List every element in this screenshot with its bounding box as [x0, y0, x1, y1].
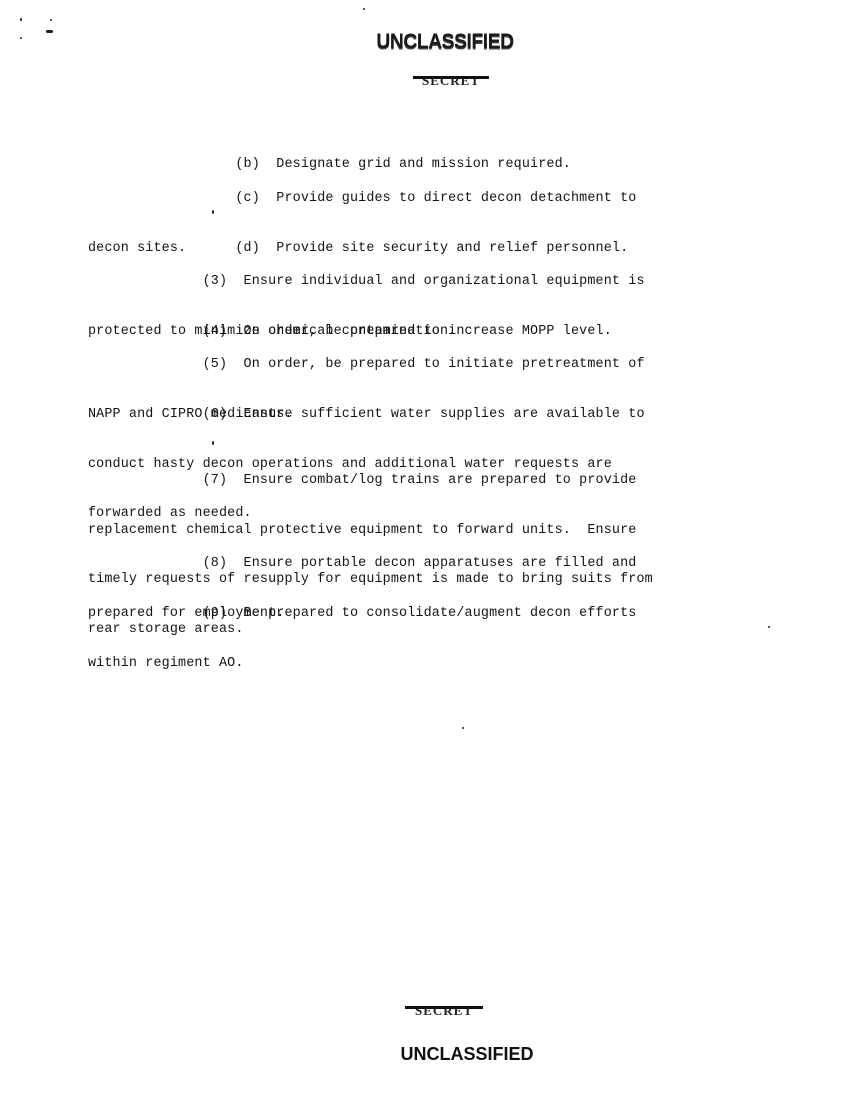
- paragraph-line: (c) Provide guides to direct decon detac…: [88, 191, 788, 208]
- scan-speck: [20, 18, 22, 21]
- scan-speck: [462, 727, 464, 729]
- paragraph-line: (3) Ensure individual and organizational…: [88, 274, 788, 291]
- scan-speck: [50, 19, 52, 21]
- strikethrough-bar: [413, 76, 489, 79]
- scan-speck: [20, 37, 22, 39]
- paragraph-line: (9) Be prepared to consolidate/augment d…: [88, 606, 788, 623]
- strikethrough-bar: [405, 1006, 483, 1009]
- struck-secret-marking-top: SECRET: [413, 73, 489, 87]
- scan-speck: [363, 8, 365, 10]
- classification-header: UNCLASSIFIED: [36, 30, 850, 54]
- paragraph-line: (7) Ensure combat/log trains are prepare…: [88, 473, 788, 490]
- paragraph-9: (9) Be prepared to consolidate/augment d…: [88, 573, 788, 689]
- paragraph-line: within regiment AO.: [88, 656, 788, 673]
- struck-secret-marking-bottom: SECRET: [405, 1003, 483, 1017]
- paragraph-line: (8) Ensure portable decon apparatuses ar…: [88, 556, 788, 573]
- classification-footer: UNCLASSIFIED: [0, 1044, 850, 1065]
- paragraph-line: (5) On order, be prepared to initiate pr…: [88, 357, 788, 374]
- paragraph-line: (6) Ensure sufficient water supplies are…: [88, 407, 788, 424]
